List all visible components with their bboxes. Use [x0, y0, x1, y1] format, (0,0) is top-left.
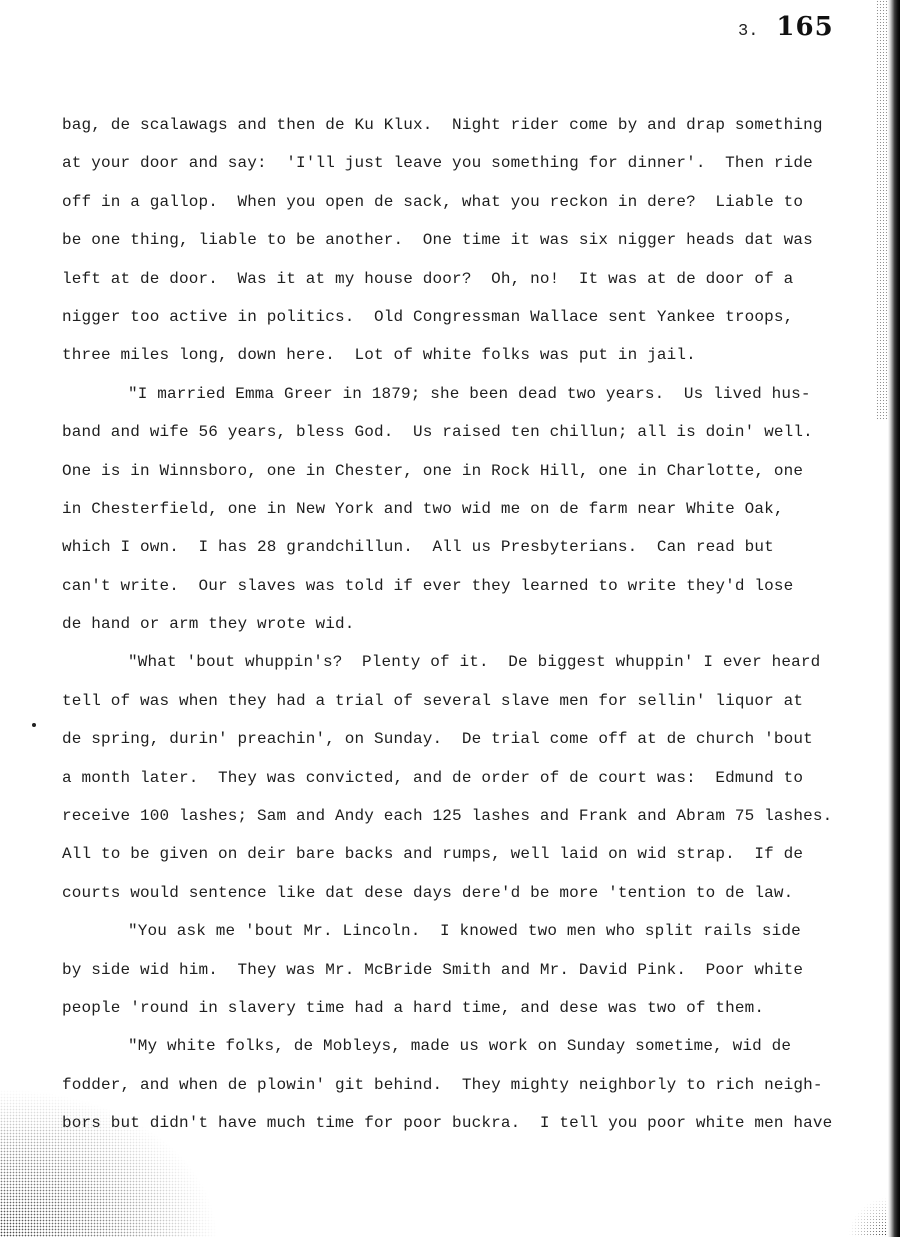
text-line: left at de door. Was it at my house door… [62, 260, 842, 298]
section-number: 3. [738, 22, 758, 41]
text-line: de hand or arm they wrote wid. [62, 605, 842, 643]
text-line: courts would sentence like dat dese days… [62, 874, 842, 912]
text-line: "My white folks, de Mobleys, made us wor… [62, 1027, 842, 1065]
text-line: people 'round in slavery time had a hard… [62, 989, 842, 1027]
text-line: a month later. They was convicted, and d… [62, 759, 842, 797]
text-line: tell of was when they had a trial of sev… [62, 682, 842, 720]
text-line: receive 100 lashes; Sam and Andy each 12… [62, 797, 842, 835]
page-header: 3. 165 [738, 12, 834, 42]
text-line: band and wife 56 years, bless God. Us ra… [62, 413, 842, 451]
page-number: 165 [776, 12, 833, 42]
text-line: All to be given on deir bare backs and r… [62, 835, 842, 873]
text-line: by side wid him. They was Mr. McBride Sm… [62, 951, 842, 989]
text-line: "I married Emma Greer in 1879; she been … [62, 375, 842, 413]
text-line: can't write. Our slaves was told if ever… [62, 567, 842, 605]
text-line: in Chesterfield, one in New York and two… [62, 490, 842, 528]
text-line: nigger too active in politics. Old Congr… [62, 298, 842, 336]
paragraph-reconstruction: bag, de scalawags and then de Ku Klux. N… [62, 106, 842, 375]
text-line: bag, de scalawags and then de Ku Klux. N… [62, 106, 842, 144]
scan-noise-bottom-left [0, 1087, 220, 1237]
text-line: be one thing, liable to be another. One … [62, 221, 842, 259]
text-line: at your door and say: 'I'll just leave y… [62, 144, 842, 182]
document-page: 3. 165 bag, de scalawags and then de Ku … [0, 0, 900, 1237]
text-line: de spring, durin' preachin', on Sunday. … [62, 720, 842, 758]
paragraph-lincoln: "You ask me 'bout Mr. Lincoln. I knowed … [62, 912, 842, 1027]
binding-edge [888, 0, 900, 1237]
text-line: which I own. I has 28 grandchillun. All … [62, 528, 842, 566]
scan-noise-bottom-right [848, 1197, 888, 1237]
text-line: "You ask me 'bout Mr. Lincoln. I knowed … [62, 912, 842, 950]
text-line: "What 'bout whuppin's? Plenty of it. De … [62, 643, 842, 681]
text-line: off in a gallop. When you open de sack, … [62, 183, 842, 221]
text-line: three miles long, down here. Lot of whit… [62, 336, 842, 374]
paragraph-family: "I married Emma Greer in 1879; she been … [62, 375, 842, 644]
text-line: One is in Winnsboro, one in Chester, one… [62, 452, 842, 490]
body-text: bag, de scalawags and then de Ku Klux. N… [62, 106, 842, 1143]
paragraph-whuppins: "What 'bout whuppin's? Plenty of it. De … [62, 643, 842, 912]
stray-ink-mark [32, 723, 36, 727]
